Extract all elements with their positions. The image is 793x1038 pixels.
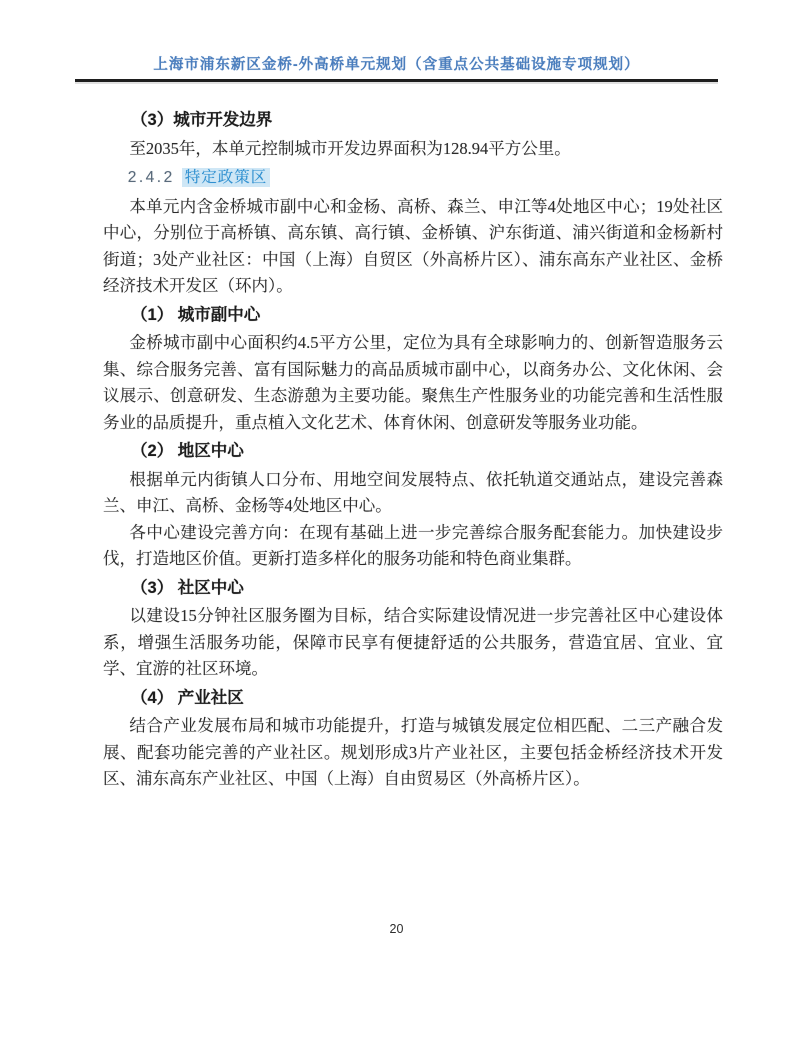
paragraph-district-center-direction: 各中心建设完善方向：在现有基础上进一步完善综合服务配套能力。加快建设步伐，打造地… xyxy=(103,520,723,573)
paragraph-centers-overview: 本单元内含金桥城市副中心和金杨、高桥、森兰、申江等4处地区中心；19处社区中心，… xyxy=(103,194,723,300)
page-header: 上海市浦东新区金桥-外高桥单元规划（含重点公共基础设施专项规划） xyxy=(0,0,793,82)
heading-community-centers: （3） 社区中心 xyxy=(103,575,723,602)
paragraph-city-subcenter: 金桥城市副中心面积约4.5平方公里，定位为具有全球影响力的、创新智造服务云集、综… xyxy=(103,330,723,436)
section-number: 2.4.2 xyxy=(128,169,175,186)
paragraph-development-boundary-area: 至2035年，本单元控制城市开发边界面积为128.94平方公里。 xyxy=(103,136,723,163)
page-footer: 20 xyxy=(0,922,793,936)
heading-city-subcenter: （1） 城市副中心 xyxy=(103,302,723,329)
page-number: 20 xyxy=(390,922,404,936)
heading-urban-development-boundary: （3）城市开发边界 xyxy=(103,107,723,134)
section-title-highlighted: 特定政策区 xyxy=(182,168,271,187)
document-page: 上海市浦东新区金桥-外高桥单元规划（含重点公共基础设施专项规划） （3）城市开发… xyxy=(0,0,793,1038)
paragraph-industrial-communities: 结合产业发展布局和城市功能提升，打造与城镇发展定位相匹配、二三产融合发展、配套功… xyxy=(103,713,723,793)
paragraph-district-centers: 根据单元内街镇人口分布、用地空间发展特点、依托轨道交通站点，建设完善森兰、申江、… xyxy=(103,467,723,520)
heading-industrial-communities: （4） 产业社区 xyxy=(103,685,723,712)
document-body: （3）城市开发边界 至2035年，本单元控制城市开发边界面积为128.94平方公… xyxy=(103,107,723,793)
document-title: 上海市浦东新区金桥-外高桥单元规划（含重点公共基础设施专项规划） xyxy=(0,53,793,74)
header-rule xyxy=(75,79,718,82)
heading-district-centers: （2） 地区中心 xyxy=(103,438,723,465)
section-heading-2-4-2: 2.4.2特定政策区 xyxy=(103,164,723,192)
paragraph-community-centers: 以建设15分钟社区服务圈为目标，结合实际建设情况进一步完善社区中心建设体系，增强… xyxy=(103,603,723,683)
